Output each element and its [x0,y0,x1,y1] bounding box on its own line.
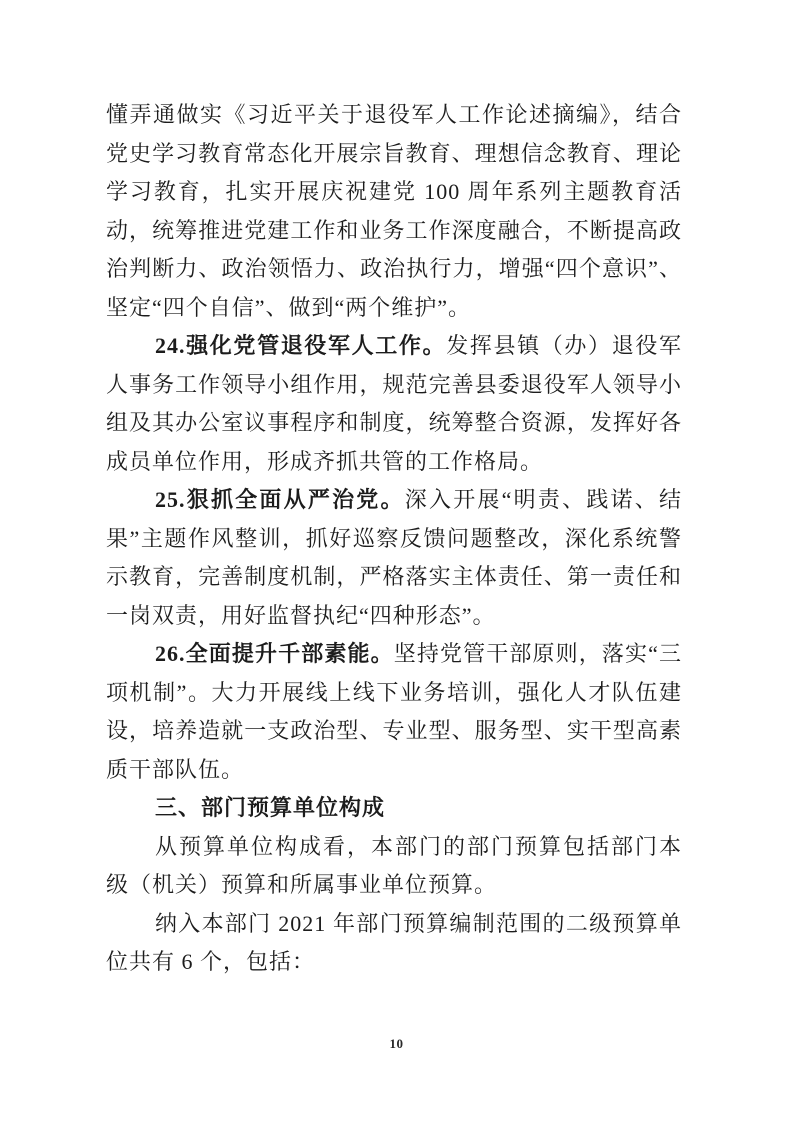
paragraph-run-bold: 26.全面提升千部素能。 [155,641,394,666]
paragraph-run-bold: 24.强化党管退役军人工作。 [155,333,446,358]
paragraph-run: 从预算单位构成看，本部门的部门预算包括部门本级（机关）预算和所属事业单位预算。 [106,834,682,898]
paragraph-budget-composition: 从预算单位构成看，本部门的部门预算包括部门本级（机关）预算和所属事业单位预算。 [106,828,682,905]
page-footer: 10 [0,1035,793,1053]
paragraph-budget-units: 纳入本部门 2021 年部门预算编制范围的二级预算单位共有 6 个，包括： [106,905,682,982]
paragraph-item-26: 26.全面提升千部素能。坚持党管干部原则，落实“三项机制”。大力开展线上线下业务… [106,635,682,789]
paragraph-run-bold: 25.狠抓全面从严治党。 [155,487,405,512]
document-body: 懂弄通做实《习近平关于退役军人工作论述摘编》，结合党史学习教育常态化开展宗旨教育… [106,96,682,982]
paragraph-continuation: 懂弄通做实《习近平关于退役军人工作论述摘编》，结合党史学习教育常态化开展宗旨教育… [106,96,682,327]
paragraph-run-bold: 三、部门预算单位构成 [155,795,385,820]
document-page: 懂弄通做实《习近平关于退役军人工作论述摘编》，结合党史学习教育常态化开展宗旨教育… [0,0,793,1122]
section-heading-3: 三、部门预算单位构成 [106,789,682,828]
paragraph-run: 懂弄通做实《习近平关于退役军人工作论述摘编》，结合党史学习教育常态化开展宗旨教育… [106,102,682,320]
page-number: 10 [390,1036,404,1051]
paragraph-run: 纳入本部门 2021 年部门预算编制范围的二级预算单位共有 6 个，包括： [106,911,682,975]
paragraph-item-25: 25.狠抓全面从严治党。深入开展“明责、践诺、结果”主题作风整训，抓好巡察反馈问… [106,481,682,635]
paragraph-item-24: 24.强化党管退役军人工作。发挥县镇（办）退役军人事务工作领导小组作用，规范完善… [106,327,682,481]
